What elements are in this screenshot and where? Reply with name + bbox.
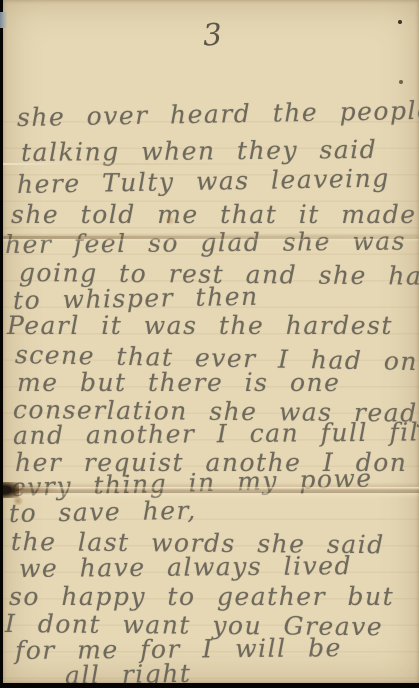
page-number: 3: [202, 17, 223, 53]
crease-smudge: [13, 485, 57, 495]
letter-line: all right: [65, 659, 192, 683]
scanned-letter-page: 3 she over heard the peopletalking when …: [0, 0, 419, 688]
letter-line: me but there is one: [17, 368, 340, 397]
letter-line: she told me that it made: [11, 200, 417, 229]
scanner-edge-notch: [0, 12, 7, 28]
fold-crease-lower: [3, 487, 419, 493]
letter-line: we have always lived: [19, 551, 352, 583]
edge-tear: [3, 482, 19, 498]
paper-speck: [399, 80, 403, 84]
paper-stain: [12, 497, 24, 505]
letter-line: Pearl it was the hardest: [7, 311, 393, 340]
letter-line: to save her,: [9, 496, 197, 528]
paper-speck: [398, 20, 402, 24]
letter-line: her feel so glad she was: [5, 227, 406, 259]
letter-line: and another I can full fill: [13, 417, 419, 450]
paper-stain: [165, 216, 175, 225]
fold-crease-upper: [3, 236, 419, 239]
letter-paper: 3 she over heard the peopletalking when …: [3, 0, 419, 683]
paper-wrinkle: [3, 163, 289, 165]
letter-line: to whisper then: [13, 282, 259, 315]
letter-line: so happy to geather but: [9, 582, 394, 611]
letter-line: she over heard the people: [17, 96, 419, 132]
letter-line: here Tulty was leaveing: [17, 163, 390, 199]
